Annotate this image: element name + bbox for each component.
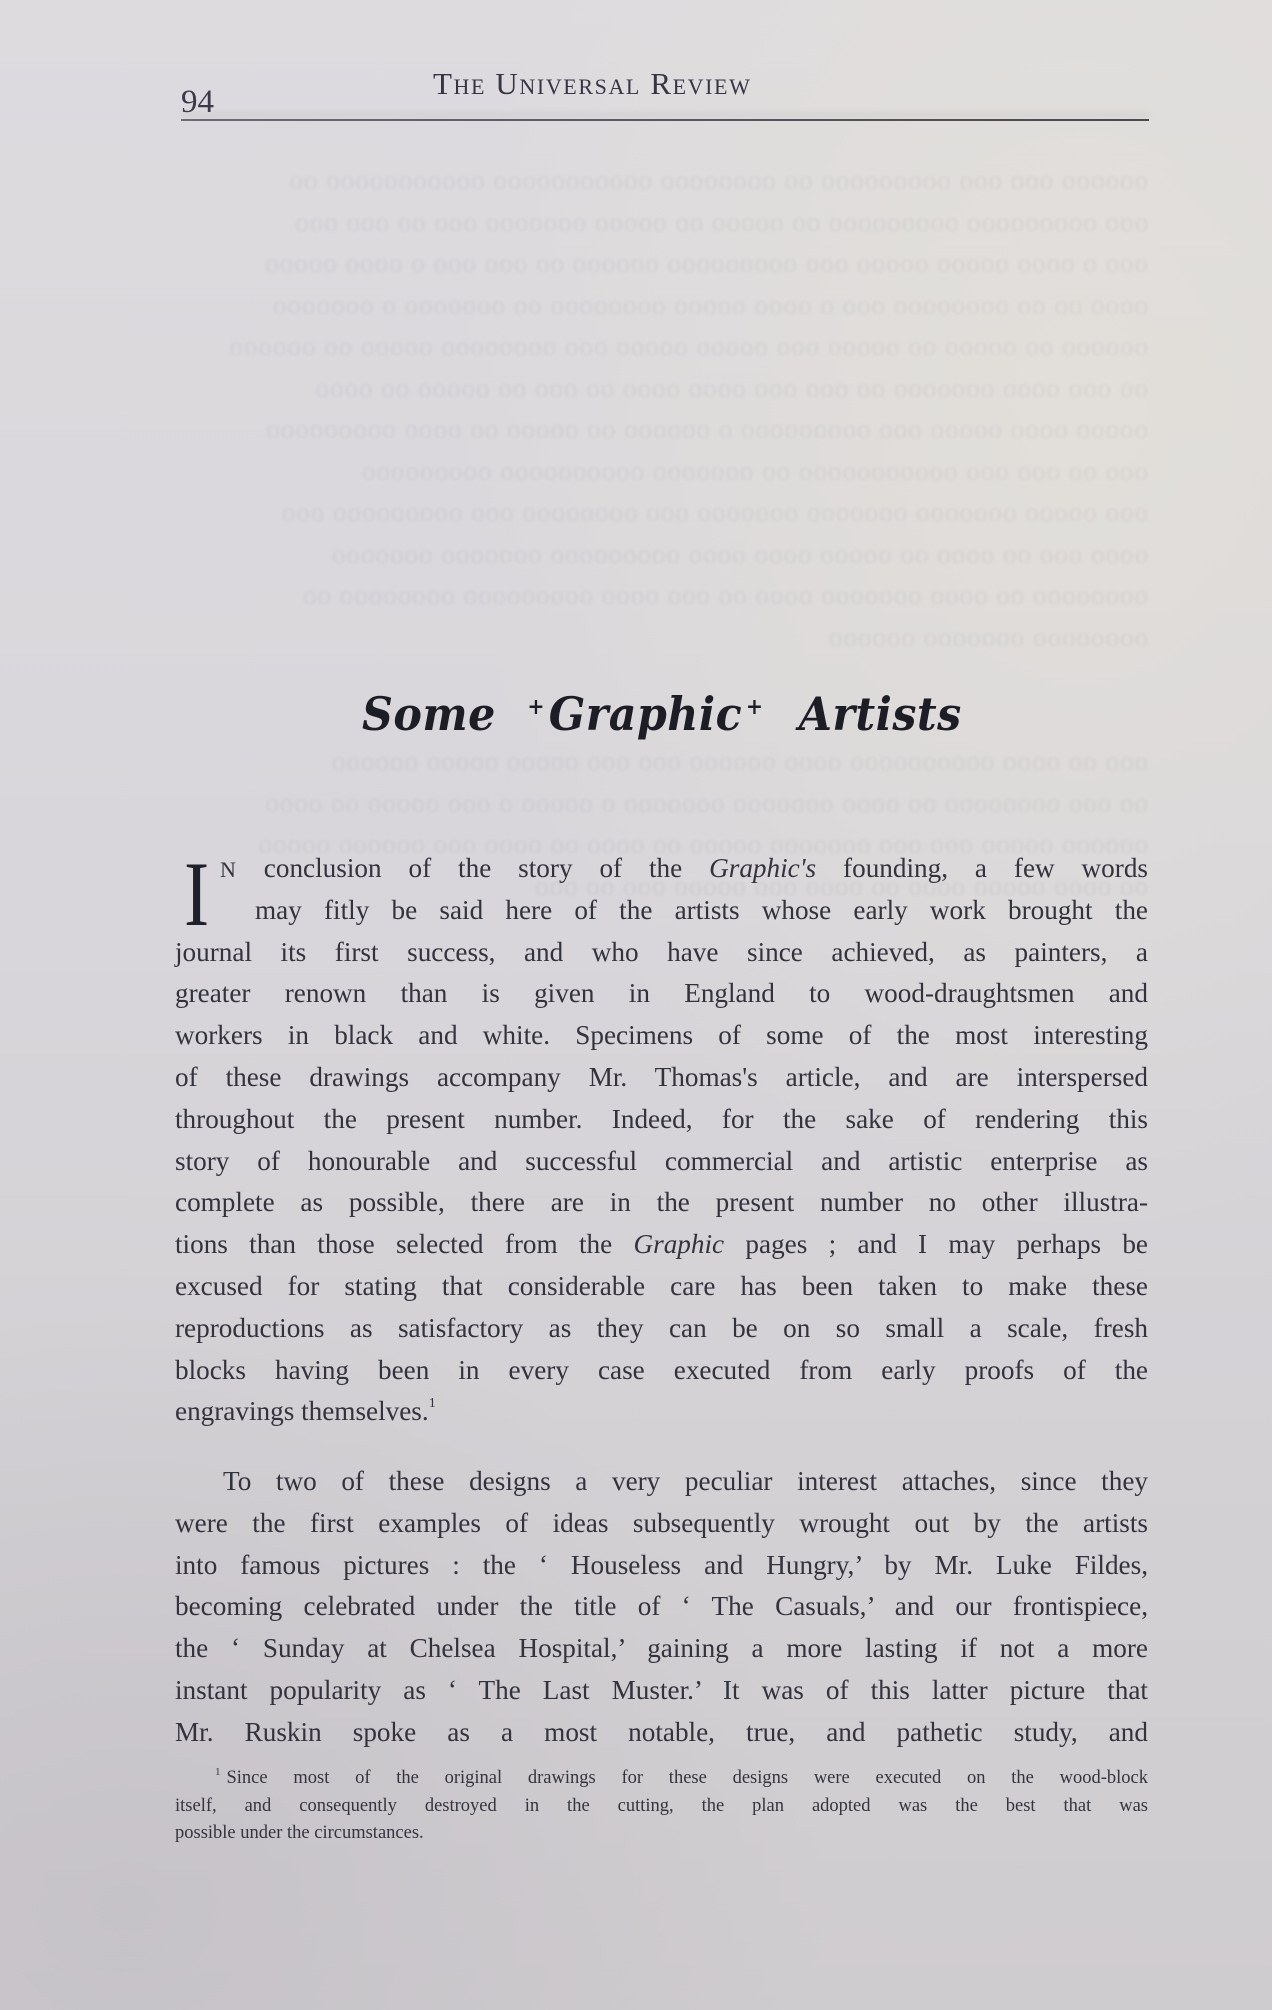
footnote-reference[interactable]: 1	[429, 1396, 436, 1411]
title-word-graphic: Graphic	[549, 687, 742, 741]
text-line: tions than those selected from the Graph…	[175, 1224, 1148, 1266]
text-line: workers in black and white. Specimens of…	[175, 1015, 1148, 1057]
book-page: oooooo ooo ooo ooooooooo oo oooooooo ooo…	[0, 0, 1272, 2010]
footnote-line: itself, and consequently destroyed in th…	[175, 1793, 1148, 1821]
text-line: Mr. Ruskin spoke as a most notable, true…	[175, 1712, 1148, 1754]
text-line: the ‘ Sunday at Chelsea Hospital,’ gaini…	[175, 1628, 1148, 1670]
page-number: 94	[181, 82, 214, 122]
drop-cap: I	[184, 854, 209, 934]
text-line: blocks having been in every case execute…	[175, 1350, 1148, 1392]
title-word-artists: Artists	[799, 687, 962, 741]
title-word-some: Some	[362, 687, 496, 741]
text-line: complete as possible, there are in the p…	[175, 1182, 1148, 1224]
text-line: of these drawings accompany Mr. Thomas's…	[175, 1057, 1148, 1099]
text-line: To two of these designs a very peculiar …	[175, 1461, 1148, 1503]
footnote-line: possible under the circumstances.	[175, 1820, 1148, 1848]
bleed-through-texture: oooooo ooo ooo ooooooooo oo oooooooo ooo…	[175, 160, 1148, 907]
text-line: may fitly be said here of the artists wh…	[175, 890, 1148, 932]
text-line: throughout the present number. Indeed, f…	[175, 1099, 1148, 1141]
paragraph-1: I N conclusion of the story of the Graph…	[175, 848, 1148, 1433]
header-rule	[181, 119, 1149, 121]
text-line: into famous pictures : the ‘ Houseless a…	[175, 1545, 1148, 1587]
title-ornament-cross: +	[527, 694, 545, 720]
paragraph-2: To two of these designs a very peculiar …	[175, 1461, 1148, 1754]
text-line: journal its first success, and who have …	[175, 932, 1148, 974]
text-line: becoming celebrated under the title of ‘…	[175, 1586, 1148, 1628]
footnote-marker: 1	[215, 1766, 221, 1778]
footnote-line: 1Since most of the original drawings for…	[175, 1765, 1148, 1793]
title-ornament-cross: +	[746, 694, 764, 720]
text-line: story of honourable and successful comme…	[175, 1141, 1148, 1183]
italic-title-graphic: Graphic	[633, 1229, 724, 1259]
text-line: instant popularity as ‘ The Last Muster.…	[175, 1670, 1148, 1712]
article-title: Some+Graphic+Artists	[362, 672, 920, 742]
text-line: engravings themselves.1	[175, 1391, 1148, 1433]
running-head-title: The Universal Review	[433, 62, 903, 106]
text-line: were the first examples of ideas subsequ…	[175, 1503, 1148, 1545]
italic-title-graphic: Graphic's	[709, 853, 816, 883]
text-line: excused for stating that considerable ca…	[175, 1266, 1148, 1308]
text-line: greater renown than is given in England …	[175, 973, 1148, 1015]
text-line: N conclusion of the story of the Graphic…	[175, 848, 1148, 890]
footnote: 1Since most of the original drawings for…	[175, 1765, 1148, 1848]
text-line: reproductions as satisfactory as they ca…	[175, 1308, 1148, 1350]
